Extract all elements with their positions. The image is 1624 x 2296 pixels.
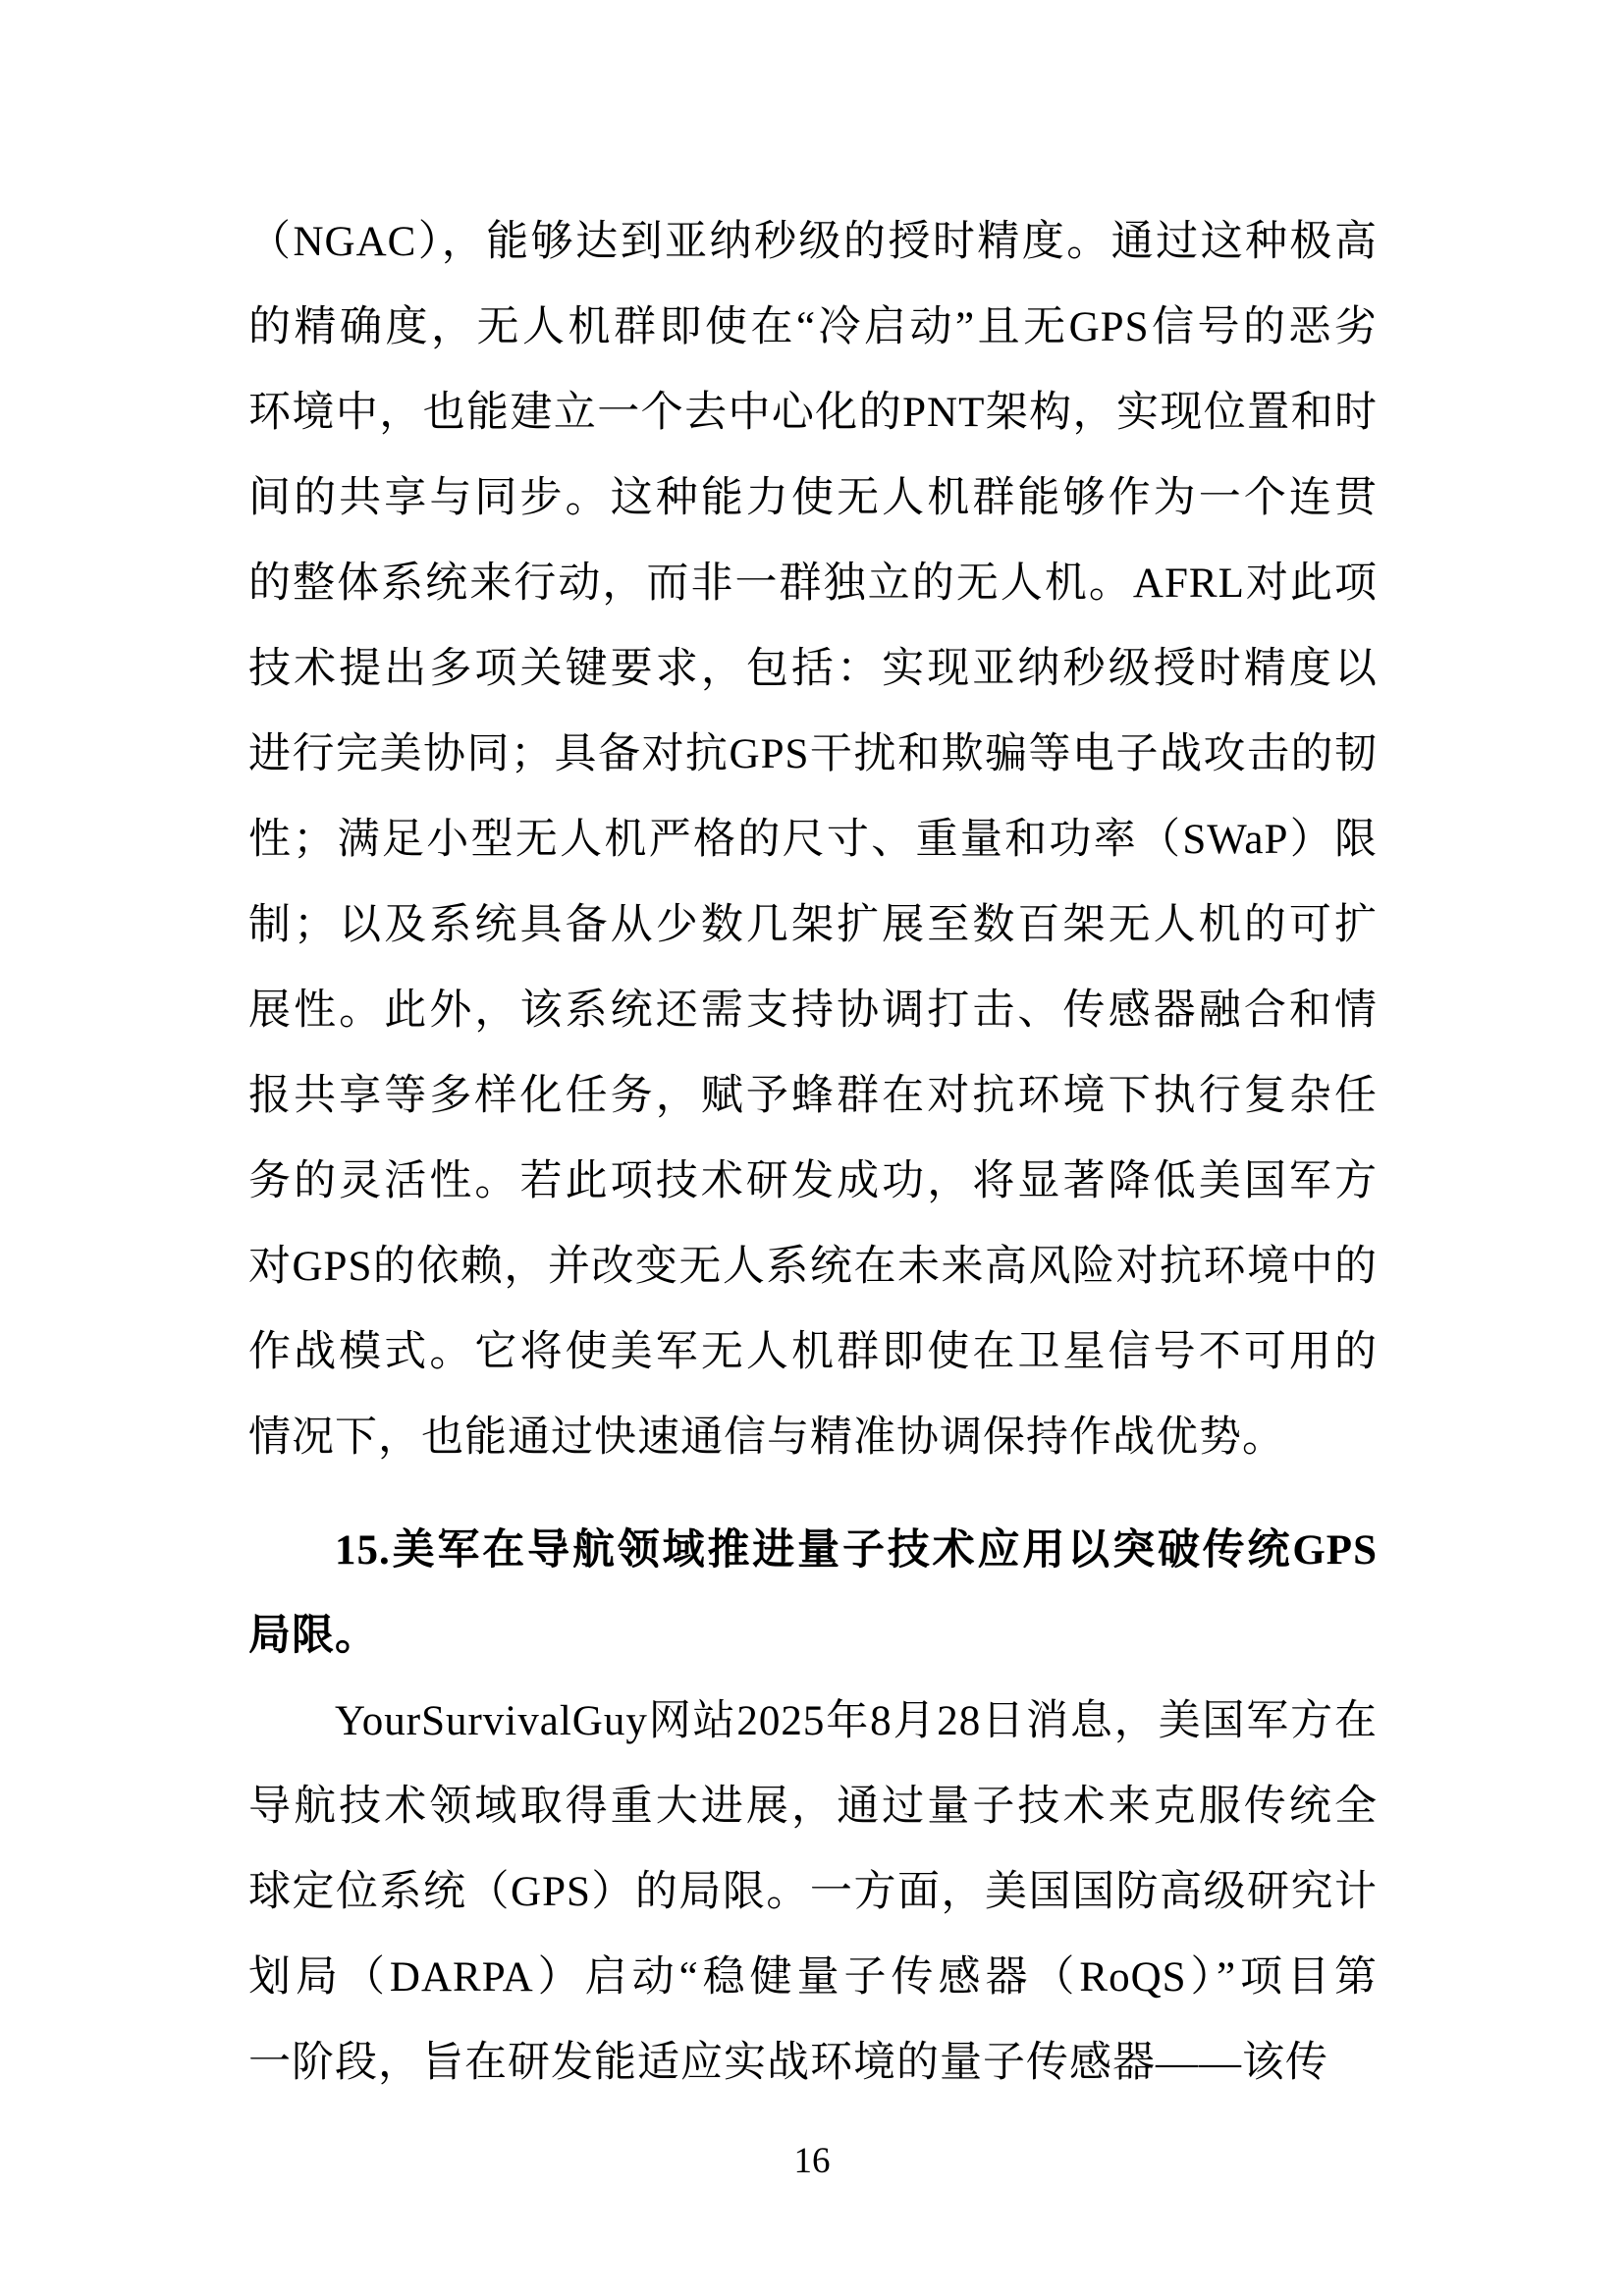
text-line: 局限。 [248, 1593, 1378, 1679]
text-line: 务的灵活性。若此项技术研发成功，将显著降低美国军方 [248, 1139, 1378, 1224]
text-line: 导航技术领域取得重大进展，通过量子技术来克服传统全 [248, 1764, 1378, 1849]
text-line: 性；满足小型无人机严格的尺寸、重量和功率（SWaP）限 [248, 797, 1378, 882]
text-line: YourSurvivalGuy网站2025年8月28日消息，美国军方在 [248, 1679, 1378, 1764]
text-line: 对GPS的依赖，并改变无人系统在未来高风险对抗环境中的 [248, 1224, 1378, 1309]
text-line: 展性。此外，该系统还需支持协调打击、传感器融合和情 [248, 968, 1378, 1053]
text-line: 报共享等多样化任务，赋予蜂群在对抗环境下执行复杂任 [248, 1053, 1378, 1139]
text-block: （NGAC），能够达到亚纳秒级的授时精度。通过这种极高的精确度，无人机群即使在“… [248, 199, 1378, 2106]
text-line: 一阶段，旨在研发能适应实战环境的量子传感器——该传 [248, 2020, 1378, 2106]
text-line: 球定位系统（GPS）的局限。一方面，美国国防高级研究计 [248, 1849, 1378, 1935]
text-line: 环境中，也能建立一个去中心化的PNT架构，实现位置和时 [248, 370, 1378, 455]
text-line: 划局（DARPA）启动“稳健量子传感器（RoQS）”项目第 [248, 1935, 1378, 2020]
text-line: 制；以及系统具备从少数几架扩展至数百架无人机的可扩 [248, 882, 1378, 968]
text-line: 的整体系统来行动，而非一群独立的无人机。AFRL对此项 [248, 541, 1378, 626]
text-line: 的精确度，无人机群即使在“冷启动”且无GPS信号的恶劣 [248, 285, 1378, 370]
text-line: 作战模式。它将使美军无人机群即使在卫星信号不可用的 [248, 1309, 1378, 1395]
text-line: 情况下，也能通过快速通信与精准协调保持作战优势。 [248, 1395, 1378, 1480]
body-paragraph: YourSurvivalGuy网站2025年8月28日消息，美国军方在导航技术领… [248, 1679, 1378, 2106]
document-page: （NGAC），能够达到亚纳秒级的授时精度。通过这种极高的精确度，无人机群即使在“… [0, 0, 1624, 2296]
text-line: 15.美军在导航领域推进量子技术应用以突破传统GPS [248, 1508, 1378, 1593]
section-heading: 15.美军在导航领域推进量子技术应用以突破传统GPS局限。 [248, 1508, 1378, 1679]
text-line: 技术提出多项关键要求，包括：实现亚纳秒级授时精度以 [248, 626, 1378, 712]
body-paragraph: （NGAC），能够达到亚纳秒级的授时精度。通过这种极高的精确度，无人机群即使在“… [248, 199, 1378, 1480]
text-line: （NGAC），能够达到亚纳秒级的授时精度。通过这种极高 [248, 199, 1378, 285]
text-line: 进行完美协同；具备对抗GPS干扰和欺骗等电子战攻击的韧 [248, 712, 1378, 797]
text-line: 间的共享与同步。这种能力使无人机群能够作为一个连贯 [248, 455, 1378, 541]
page-number: 16 [0, 2140, 1624, 2183]
